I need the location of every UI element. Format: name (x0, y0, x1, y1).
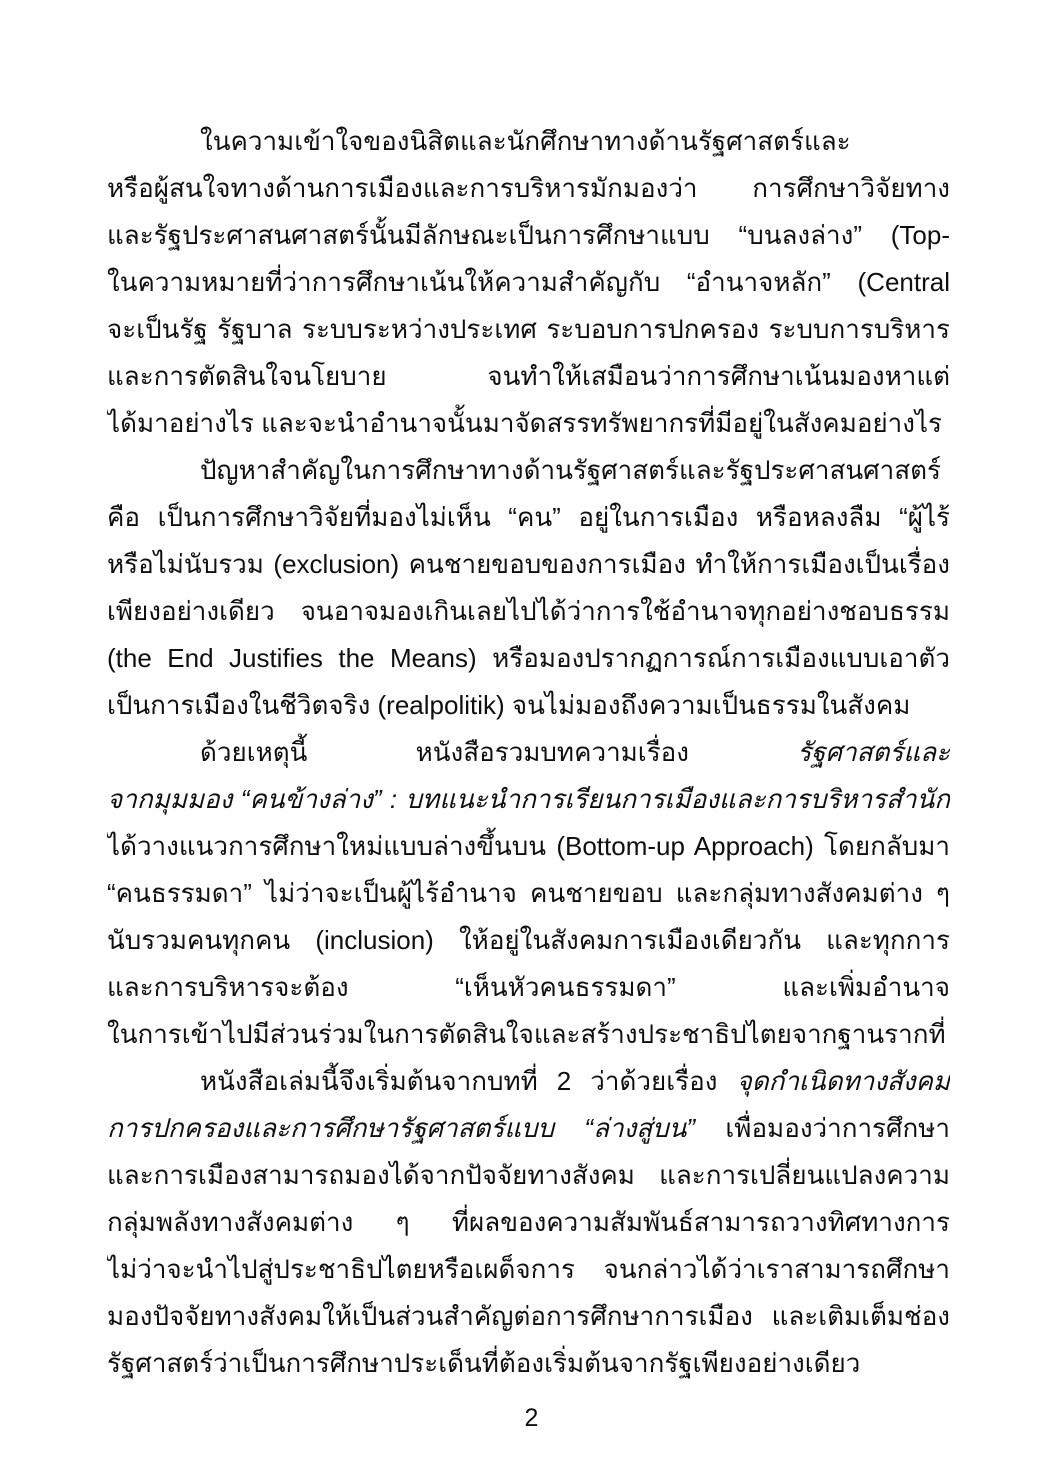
body-text: ได้มาอย่างไร และจะนำอำนาจนั้นมาจัดสรรทรั… (107, 408, 942, 438)
text-line: และรัฐประศาสนศาสตร์นั้นมีลักษณะเป็นการศึ… (107, 212, 950, 259)
text-line: ด้วยเหตุนี้ หนังสือรวมบทความเรื่อง รัฐศา… (107, 729, 950, 776)
body-text: นับรวมคนทุกคน (inclusion) ให้อยู่ในสังคม… (107, 925, 950, 964)
body-text: ในความหมายที่ว่าการศึกษาเน้นให้ความสำคัญ… (107, 267, 950, 306)
text-line: ในความหมายที่ว่าการศึกษาเน้นให้ความสำคัญ… (107, 259, 950, 306)
page-number: 2 (0, 1400, 1063, 1436)
body-text: ปัญหาสำคัญในการศึกษาทางด้านรัฐศาสตร์และร… (107, 455, 941, 494)
text-line: ไม่ว่าจะนำไปสู่ประชาธิปไตยหรือเผด็จการ จ… (107, 1246, 950, 1293)
text-line: คือ เป็นการศึกษาวิจัยที่มองไม่เห็น “คน” … (107, 494, 950, 541)
text-line: “คนธรรมดา” ไม่ว่าจะเป็นผู้ไร้อำนาจ คนชาย… (107, 870, 950, 917)
document-page: ในความเข้าใจของนิสิตและนักศึกษาทางด้านรั… (0, 0, 1063, 1476)
body-text: หนังสือเล่มนี้จึงเริ่มต้นจากบทที่ 2 ว่าด… (200, 1066, 736, 1096)
body-text: “คนธรรมดา” ไม่ว่าจะเป็นผู้ไร้อำนาจ คนชาย… (107, 878, 950, 917)
body-text: จะเป็นรัฐ รัฐบาล ระบบระหว่างประเทศ ระบอบ… (107, 314, 950, 353)
text-line: หนังสือเล่มนี้จึงเริ่มต้นจากบทที่ 2 ว่าด… (107, 1058, 950, 1105)
text-line: หรือผู้สนใจทางด้านการเมืองและการบริหารมั… (107, 165, 950, 212)
text-line: จากมุมมอง “คนข้างล่าง” : บทแนะนำการเรียน… (107, 776, 950, 823)
text-line: และการตัดสินใจนโยบาย จนทำให้เสมือนว่าการ… (107, 353, 950, 400)
text-line: ปัญหาสำคัญในการศึกษาทางด้านรัฐศาสตร์และร… (107, 447, 950, 494)
body-text: ไม่ว่าจะนำไปสู่ประชาธิปไตยหรือเผด็จการ จ… (107, 1254, 950, 1293)
text-line: รัฐศาสตร์ว่าเป็นการศึกษาประเด็นที่ต้องเร… (107, 1340, 950, 1387)
body-text: ด้วยเหตุนี้ หนังสือรวมบทความเรื่อง (200, 737, 797, 767)
body-text: และการเมืองสามารถมองได้จากปัจจัยทางสังคม… (107, 1160, 950, 1199)
body-text: และการบริหารจะต้อง “เห็นหัวคนธรรมดา” และ… (107, 972, 950, 1011)
body-text: ได้วางแนวการศึกษาใหม่แบบล่างขึ้นบน (Bott… (107, 831, 950, 870)
book-title-text: การปกครองและการศึกษารัฐศาสตร์แบบ “ล่างสู… (107, 1113, 695, 1143)
body-text: กลุ่มพลังทางสังคมต่าง ๆ ที่ผลของความสัมพ… (107, 1207, 950, 1246)
text-line: หรือไม่นับรวม (exclusion) คนชายขอบของการ… (107, 541, 950, 588)
body-text: หรือผู้สนใจทางด้านการเมืองและการบริหารมั… (107, 173, 950, 212)
text-line: เป็นการเมืองในชีวิตจริง (realpolitik) จน… (107, 682, 950, 729)
text-line: และการบริหารจะต้อง “เห็นหัวคนธรรมดา” และ… (107, 964, 950, 1011)
text-line: ได้วางแนวการศึกษาใหม่แบบล่างขึ้นบน (Bott… (107, 823, 950, 870)
body-text: คือ เป็นการศึกษาวิจัยที่มองไม่เห็น “คน” … (107, 502, 950, 541)
text-line: กลุ่มพลังทางสังคมต่าง ๆ ที่ผลของความสัมพ… (107, 1199, 950, 1246)
body-text: เป็นการเมืองในชีวิตจริง (realpolitik) จน… (107, 690, 910, 720)
body-text: หรือไม่นับรวม (exclusion) คนชายขอบของการ… (107, 549, 950, 588)
text-line: ได้มาอย่างไร และจะนำอำนาจนั้นมาจัดสรรทรั… (107, 400, 950, 447)
book-title-text: จากมุมมอง “คนข้างล่าง” : บทแนะนำการเรียน… (107, 784, 950, 823)
body-text: เพียงอย่างเดียว จนอาจมองเกินเลยไปได้ว่าก… (107, 596, 950, 635)
text-line: ในการเข้าไปมีส่วนร่วมในการตัดสินใจและสร้… (107, 1011, 950, 1058)
text-line: เพียงอย่างเดียว จนอาจมองเกินเลยไปได้ว่าก… (107, 588, 950, 635)
body-text: ในความเข้าใจของนิสิตและนักศึกษาทางด้านรั… (107, 126, 851, 165)
paragraph: ด้วยเหตุนี้ หนังสือรวมบทความเรื่อง รัฐศา… (107, 729, 950, 1058)
text-line: มองปัจจัยทางสังคมให้เป็นส่วนสำคัญต่อการศ… (107, 1293, 950, 1340)
text-line: ในความเข้าใจของนิสิตและนักศึกษาทางด้านรั… (107, 118, 950, 165)
text-line: การปกครองและการศึกษารัฐศาสตร์แบบ “ล่างสู… (107, 1105, 950, 1152)
paragraph: หนังสือเล่มนี้จึงเริ่มต้นจากบทที่ 2 ว่าด… (107, 1058, 950, 1387)
paragraph: ปัญหาสำคัญในการศึกษาทางด้านรัฐศาสตร์และร… (107, 447, 950, 729)
body-text: และรัฐประศาสนศาสตร์นั้นมีลักษณะเป็นการศึ… (107, 220, 950, 259)
body-text: รัฐศาสตร์ว่าเป็นการศึกษาประเด็นที่ต้องเร… (107, 1348, 860, 1378)
text-line: นับรวมคนทุกคน (inclusion) ให้อยู่ในสังคม… (107, 917, 950, 964)
paragraph: ในความเข้าใจของนิสิตและนักศึกษาทางด้านรั… (107, 118, 950, 447)
text-line: (the End Justifies the Means) หรือมองปรา… (107, 635, 950, 682)
document-body: ในความเข้าใจของนิสิตและนักศึกษาทางด้านรั… (107, 118, 950, 1387)
text-line: จะเป็นรัฐ รัฐบาล ระบบระหว่างประเทศ ระบอบ… (107, 306, 950, 353)
body-text: ในการเข้าไปมีส่วนร่วมในการตัดสินใจและสร้… (107, 1019, 946, 1058)
body-text: และการตัดสินใจนโยบาย จนทำให้เสมือนว่าการ… (107, 361, 950, 400)
text-line: และการเมืองสามารถมองได้จากปัจจัยทางสังคม… (107, 1152, 950, 1199)
body-text: (the End Justifies the Means) หรือมองปรา… (107, 643, 950, 682)
body-text: มองปัจจัยทางสังคมให้เป็นส่วนสำคัญต่อการศ… (107, 1301, 950, 1340)
